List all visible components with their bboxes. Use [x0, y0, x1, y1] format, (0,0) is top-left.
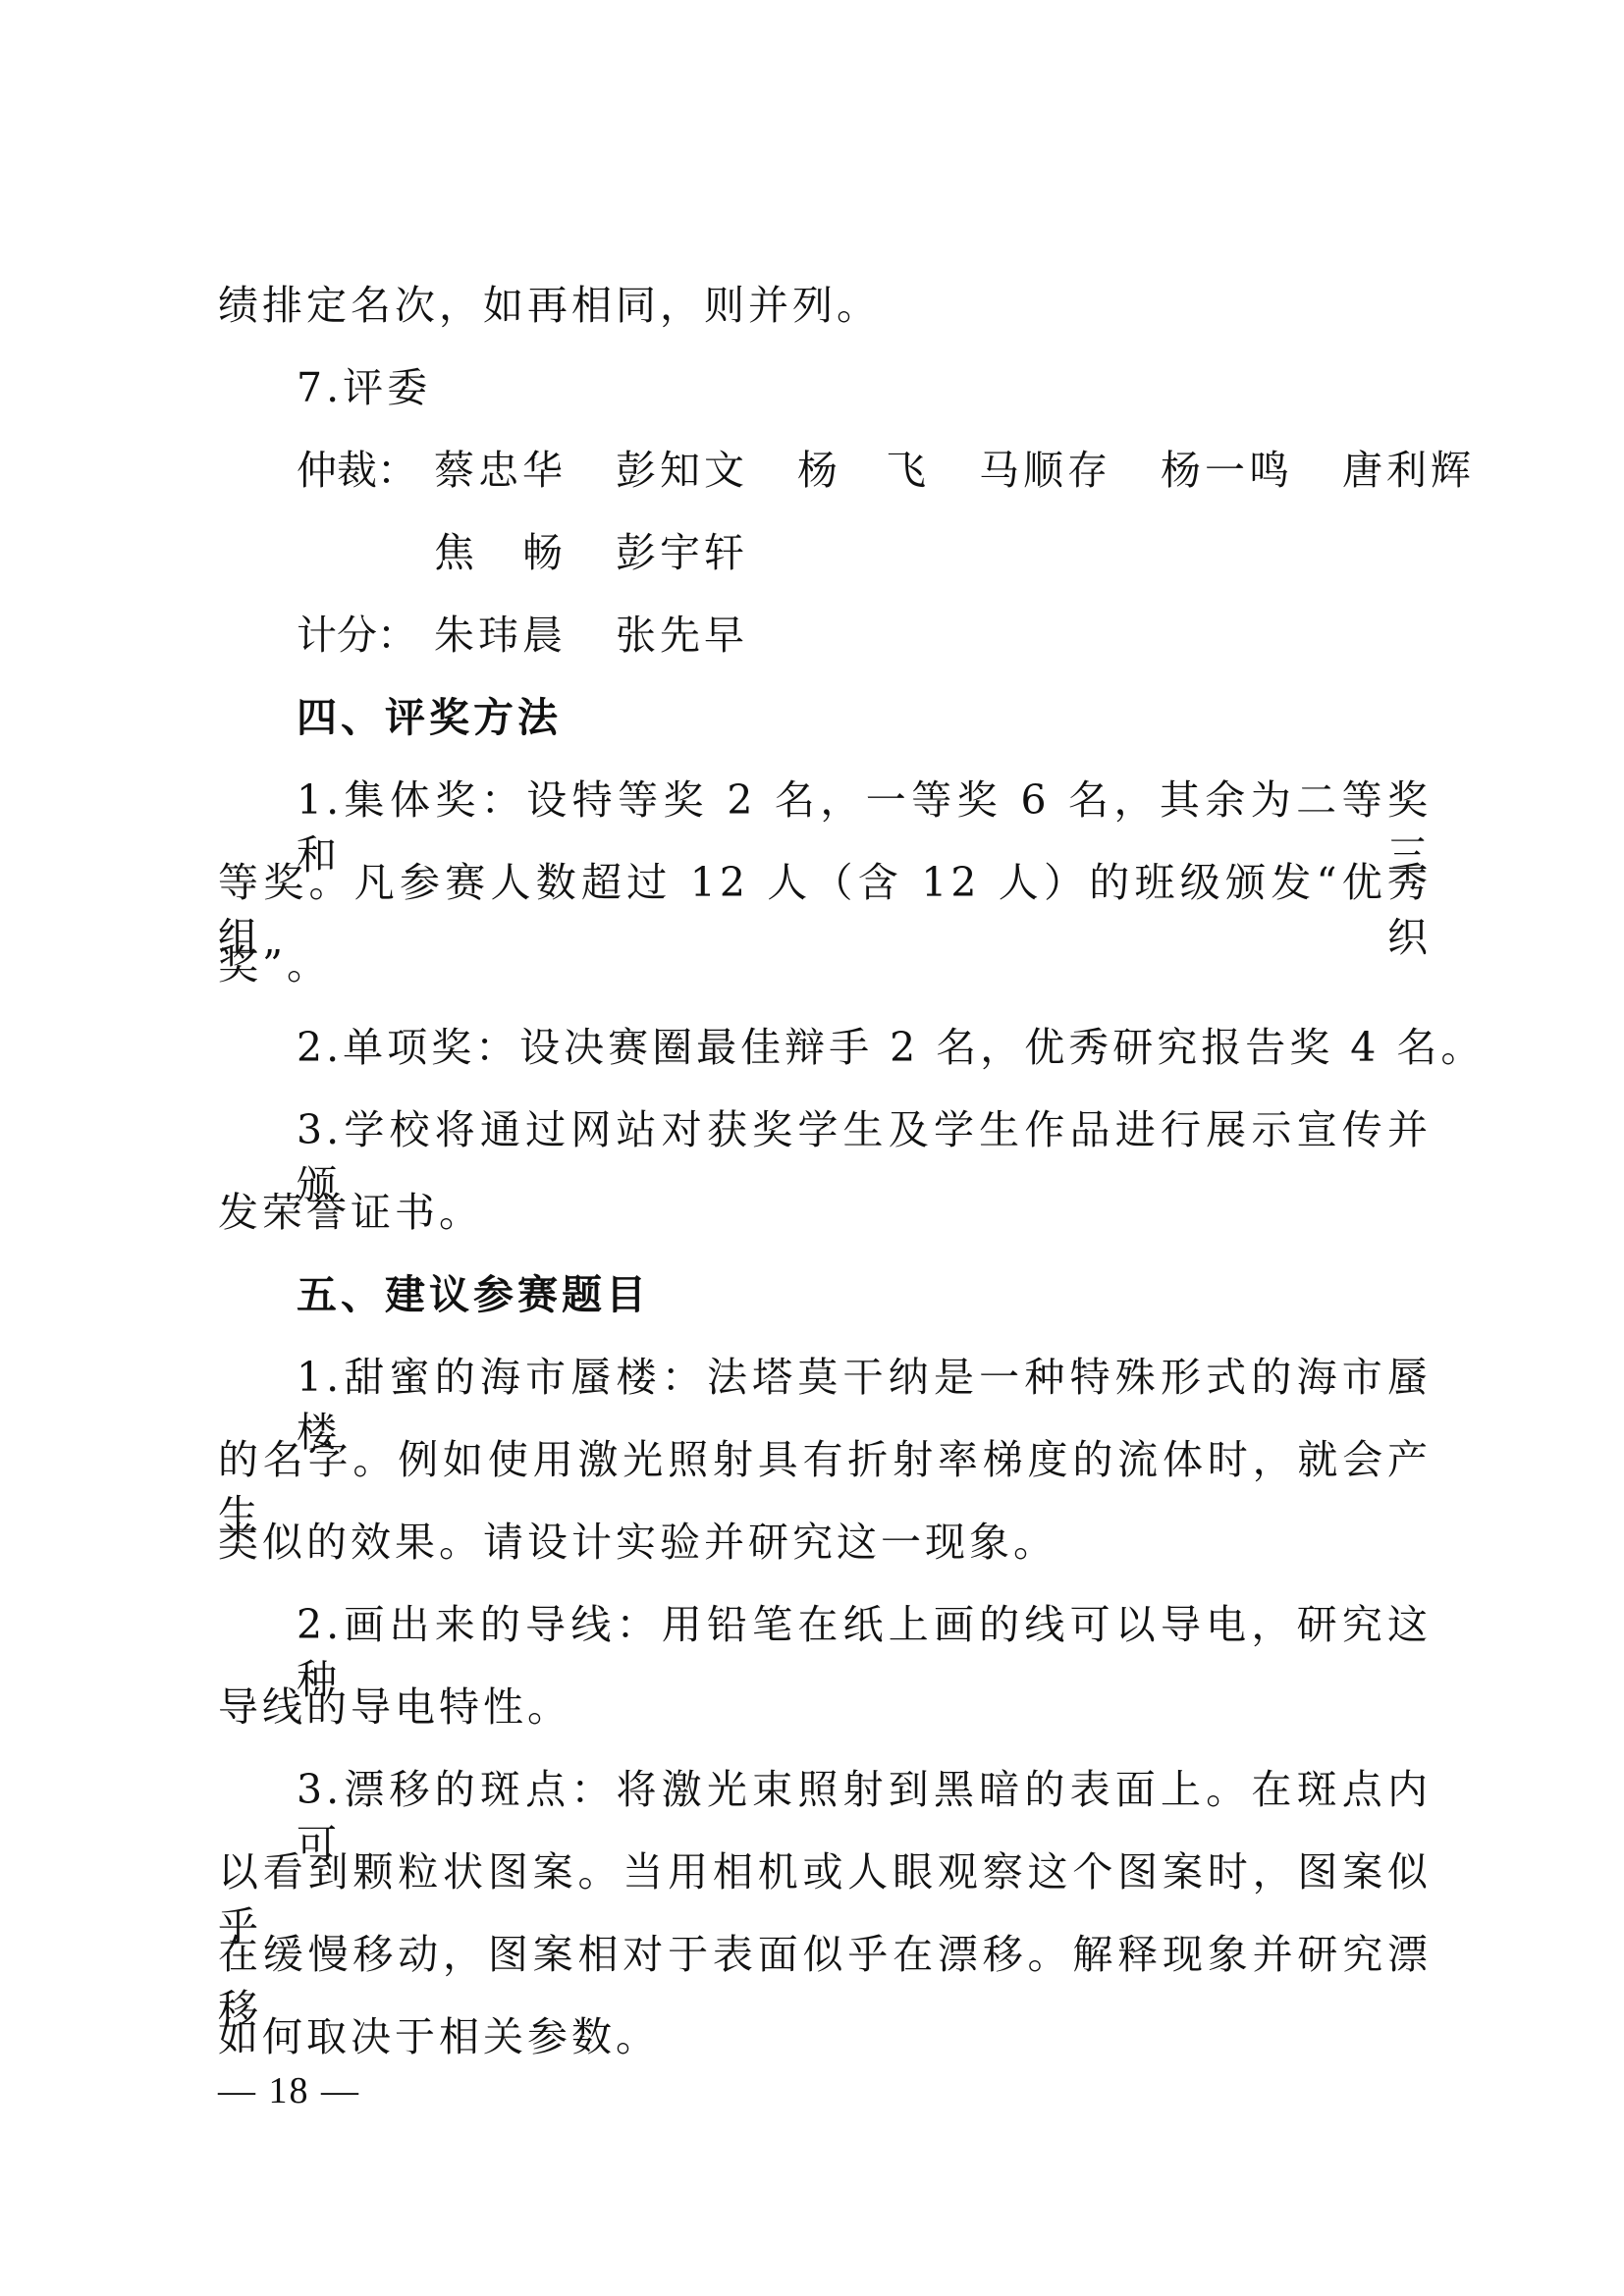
paragraph-line: 2.单项奖：设决赛圈最佳辩手 2 名，优秀研究报告奖 4 名。 [297, 1020, 1432, 1075]
judge-name: 彭知文 [616, 443, 748, 498]
judges-heading: 7.评委 [297, 360, 1432, 415]
section-5-heading: 五、建议参赛题目 [297, 1267, 1432, 1322]
scorer-name: 张先早 [616, 608, 748, 663]
scoring-row: 计分： 朱玮晨 张先早 [297, 608, 797, 663]
judge-name: 蔡忠华 [434, 443, 567, 498]
paragraph-line: 如何取决于相关参数。 [218, 2009, 1432, 2064]
arbitration-row-2: 焦 畅 彭宇轩 [297, 525, 797, 580]
judge-name: 杨 飞 [797, 443, 930, 498]
judge-name: 杨一鸣 [1161, 443, 1293, 498]
judge-name: 彭宇轩 [616, 525, 748, 580]
paragraph-line: 奖”。 [218, 937, 1432, 992]
paragraph-line: 发荣誉证书。 [218, 1185, 1432, 1240]
section-4-heading: 四、评奖方法 [297, 690, 1432, 745]
paragraph-line: 类似的效果。请设计实验并研究这一现象。 [218, 1515, 1432, 1570]
scoring-label: 计分： [297, 608, 434, 663]
arbitration-row-1: 仲裁： 蔡忠华 彭知文 杨 飞 马顺存 杨一鸣 唐利辉 [297, 443, 1475, 498]
judge-name: 焦 畅 [434, 525, 567, 580]
judge-name: 唐利辉 [1342, 443, 1475, 498]
continuation-line: 绩排定名次，如再相同，则并列。 [218, 278, 1432, 333]
paragraph-line: 导线的导电特性。 [218, 1680, 1432, 1735]
label-spacer [297, 525, 434, 580]
arbitration-label: 仲裁： [297, 443, 434, 498]
scorer-name: 朱玮晨 [434, 608, 567, 663]
page-number: — 18 — [218, 2069, 360, 2112]
document-page: 绩排定名次，如再相同，则并列。 7.评委 仲裁： 蔡忠华 彭知文 杨 飞 马顺存… [0, 0, 1624, 2296]
judge-name: 马顺存 [979, 443, 1111, 498]
